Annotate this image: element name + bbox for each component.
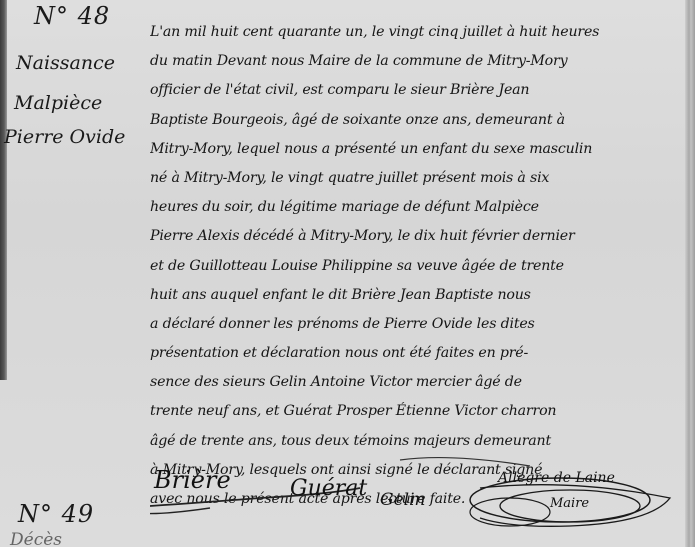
signature-witness-2: Gelin	[380, 490, 425, 510]
act-type-label: Naissance	[16, 52, 115, 74]
next-act-partial-text: Décès	[10, 530, 62, 547]
body-line: a déclaré donner les prénoms de Pierre O…	[150, 310, 670, 339]
body-line: né à Mitry-Mory, le vingt quatre juillet…	[150, 164, 670, 193]
signature-witness-1: Guérat	[290, 476, 367, 501]
body-line: heures du soir, du légitime mariage de d…	[150, 193, 670, 222]
margin-given-names: Pierre Ovide	[4, 126, 125, 148]
page-edge	[685, 0, 695, 547]
body-line: du matin Devant nous Maire de la commune…	[150, 47, 670, 76]
act-body: L'an mil huit cent quarante un, le vingt…	[150, 18, 670, 514]
body-line: Mitry-Mory, lequel nous a présenté un en…	[150, 135, 670, 164]
margin-surname: Malpièce	[14, 92, 102, 114]
next-act-number: N° 49	[18, 500, 94, 528]
signature-mayor-title: Maire	[550, 496, 589, 511]
body-line: Pierre Alexis décédé à Mitry-Mory, le di…	[150, 222, 670, 251]
body-line: présentation et déclaration nous ont été…	[150, 339, 670, 368]
body-line: sence des sieurs Gelin Antoine Victor me…	[150, 368, 670, 397]
next-act: N° 49	[18, 500, 94, 528]
binding-shadow	[0, 0, 7, 380]
body-line: et de Guillotteau Louise Philippine sa v…	[150, 252, 670, 281]
body-line: Baptiste Bourgeois, âgé de soixante onze…	[150, 106, 670, 135]
register-page: N° 48 Naissance Malpièce Pierre Ovide L'…	[0, 0, 695, 547]
body-line: trente neuf ans, et Guérat Prosper Étien…	[150, 397, 670, 426]
body-line: L'an mil huit cent quarante un, le vingt…	[150, 18, 670, 47]
signature-declarant: Brière	[154, 466, 231, 494]
signature-mayor: Allegre de Laine	[498, 470, 615, 486]
signature-block: Brière Guérat Gelin Allegre de Laine Mai…	[150, 448, 685, 538]
body-line: officier de l'état civil, est comparu le…	[150, 76, 670, 105]
body-line: huit ans auquel enfant le dit Brière Jea…	[150, 281, 670, 310]
act-number: N° 48	[34, 2, 110, 30]
margin-column: N° 48 Naissance Malpièce Pierre Ovide	[8, 0, 148, 547]
